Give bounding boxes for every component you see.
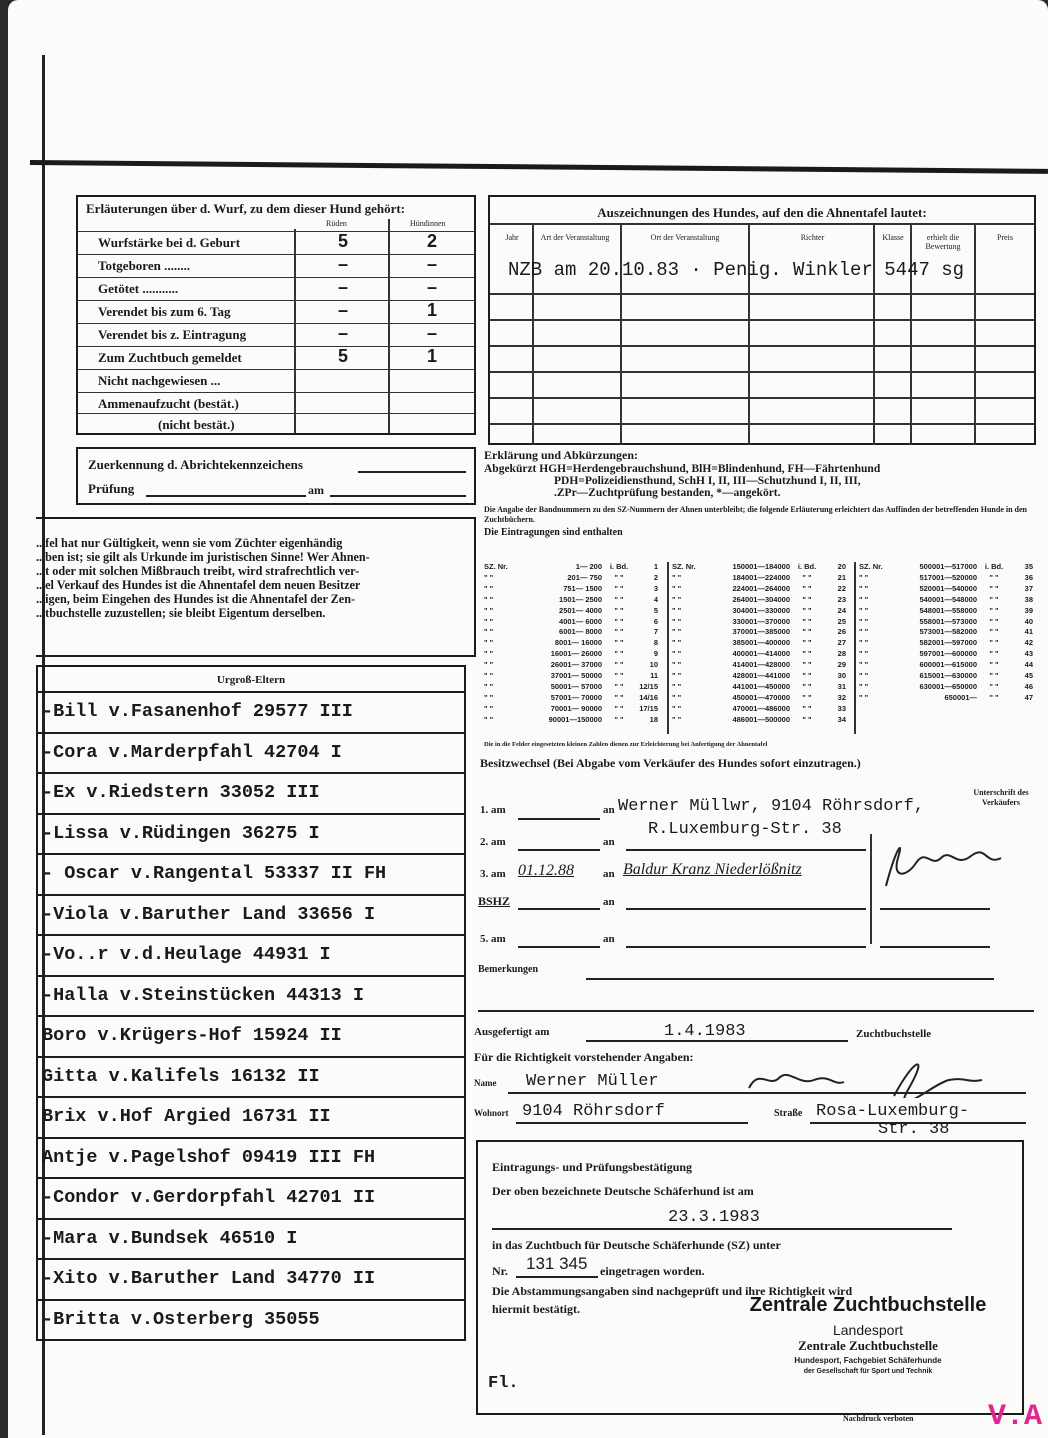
cert-line: hiermit bestätigt. xyxy=(492,1302,580,1317)
owner-row-2-line xyxy=(626,849,866,851)
owner-row-4-date-line xyxy=(518,908,600,910)
document-page: Erläuterungen über d. Wurf, zu dem diese… xyxy=(8,0,1048,1438)
ranges-col-2: SZ. Nr.150001—184000i. Bd.20" "184001—22… xyxy=(672,562,852,726)
owner-row-5-date-line xyxy=(518,946,600,948)
range-row: " "573001—582000" "41 xyxy=(859,627,1039,638)
ancestor-row: -Xito v.Baruther Land 34770 II xyxy=(36,1260,466,1301)
ancestor-row: - Oscar v.Rangental 53337 II FH xyxy=(36,855,466,896)
cert-date-line xyxy=(492,1228,952,1230)
litter-row: Ammenaufzucht (bestät.) xyxy=(78,392,474,415)
range-row: " "650001—" "47 xyxy=(859,693,1039,704)
registration-certification: Eintragungs- und Prüfungsbestätigung Der… xyxy=(476,1140,1024,1415)
owner-row-2-an: an xyxy=(603,836,615,848)
range-row: " "2501— 4000" "5 xyxy=(484,606,664,617)
street-value: Rosa-Luxemburg- xyxy=(816,1102,969,1121)
owner-row-5-sig-line xyxy=(880,946,990,948)
awards-entry: NZB am 20.10.83 · Penig. Winkler 5447 sg xyxy=(508,259,964,281)
range-row: " "400001—414000" "28 xyxy=(672,649,852,660)
awards-divider xyxy=(532,223,534,445)
owner-row-2-date-line xyxy=(518,849,600,851)
stamp-text: Landesport xyxy=(718,1322,1018,1338)
range-row: SZ. Nr.1— 200i. Bd.1 xyxy=(484,562,664,573)
awards-col-event-type: Art der Veranstaltung xyxy=(530,233,620,242)
awards-divider xyxy=(620,223,622,445)
ancestor-row: Antje v.Pagelshof 09419 III FH xyxy=(36,1139,466,1180)
litter-col-female: Hündinnen xyxy=(410,219,446,228)
name-value: Werner Müller xyxy=(526,1072,659,1091)
cert-initials: Fl. xyxy=(488,1374,519,1393)
owner-row-4-an: an xyxy=(603,896,615,908)
cert-nr-label: Nr. xyxy=(492,1264,508,1279)
training-recognition-box: Zuerkennung d. Abrichtekennzeichens Prüf… xyxy=(76,447,476,505)
range-row: " "50001— 57000" "12/15 xyxy=(484,682,664,693)
cert-nr-line xyxy=(516,1276,598,1278)
ancestor-row: Brix v.Hof Argied 16731 II xyxy=(36,1098,466,1139)
remarks-label: Bemerkungen xyxy=(478,964,538,975)
owner-row-1-value-2: R.Luxemburg-Str. 38 xyxy=(648,820,842,839)
range-row: " "385001—400000" "27 xyxy=(672,638,852,649)
issued-label: Ausgefertigt am xyxy=(474,1026,549,1038)
range-row: " "520001—540000" "37 xyxy=(859,584,1039,595)
owner-row-5-line xyxy=(626,946,866,948)
cert-line: in das Zuchtbuch für Deutsche Schäferhun… xyxy=(492,1238,781,1253)
stamp-text: Hundesport, Fachgebiet Schäferhunde xyxy=(718,1356,1018,1365)
footer-note: Nachdruck verboten xyxy=(843,1414,913,1423)
street-value-2: Str. 38 xyxy=(878,1120,949,1139)
owner-row-2-label: 2. am xyxy=(480,836,506,848)
ancestor-row: -Ex v.Riedstern 33052 III xyxy=(36,774,466,815)
sz-volume-ranges: SZ. Nr.1— 200i. Bd.1" "201— 750" "2" "75… xyxy=(484,562,1039,737)
range-row: " "428001—441000" "30 xyxy=(672,671,852,682)
ownership-title: Besitzwechsel (Bei Abgabe vom Verkäufer … xyxy=(480,756,861,771)
name-label: Name xyxy=(474,1078,497,1088)
cert-date: 23.3.1983 xyxy=(668,1208,760,1227)
ownership-bottom-rule xyxy=(478,1010,1034,1012)
exam-date-line xyxy=(330,495,466,497)
validity-line: ...igen, beim Eingehen des Hundes ist di… xyxy=(36,592,370,606)
range-row: " "370001—385000" "26 xyxy=(672,627,852,638)
ancestors-header: Urgroß-Eltern xyxy=(36,665,466,693)
recognition-label: Zuerkennung d. Abrichtekennzeichens xyxy=(88,457,303,473)
exam-label: Prüfung xyxy=(88,481,134,497)
validity-line: ...tbuchstelle zuzustellen; sie bleibt E… xyxy=(36,606,370,620)
awards-rule xyxy=(490,397,1034,399)
owner-row-5-label: 5. am xyxy=(480,933,506,945)
range-row: " "57001— 70000" "14/16 xyxy=(484,693,664,704)
owner-row-4-sig-line xyxy=(880,908,990,910)
legend-note: Die Angabe der Bandnummern zu den SZ-Num… xyxy=(484,505,1039,524)
litter-row: Getötet ...........–– xyxy=(78,277,474,300)
owner-row-1-an: an xyxy=(603,804,615,816)
range-row: " "1501— 2500" "4 xyxy=(484,595,664,606)
litter-row: Wurfstärke bei d. Geburt52 xyxy=(78,231,474,254)
awards-col-rating: erhielt die Bewertung xyxy=(911,233,975,251)
recognition-line xyxy=(358,471,466,473)
ancestor-row: Boro v.Krügers-Hof 15924 II xyxy=(36,1017,466,1058)
range-row: " "90001—150000" "18 xyxy=(484,715,664,726)
awards-divider xyxy=(748,223,750,445)
range-row: " "4001— 6000" "6 xyxy=(484,617,664,628)
litter-row: (nicht bestät.) xyxy=(78,413,474,436)
ranges-divider xyxy=(854,562,856,734)
awards-divider xyxy=(910,223,912,445)
range-row: " "600001—615000" "44 xyxy=(859,660,1039,671)
range-row: " "414001—428000" "29 xyxy=(672,660,852,671)
stamp-text: Zentrale Zuchtbuchstelle xyxy=(718,1338,1018,1354)
range-row: SZ. Nr.150001—184000i. Bd.20 xyxy=(672,562,852,573)
litter-row: Verendet bis z. Eintragung–– xyxy=(78,323,474,346)
range-row: " "201— 750" "2 xyxy=(484,573,664,584)
awards-col-year: Jahr xyxy=(494,233,530,242)
remarks-line xyxy=(586,978,994,980)
stamp-text: der Gesellschaft für Sport und Technik xyxy=(718,1368,1018,1375)
range-row: " "8001— 16000" "8 xyxy=(484,638,664,649)
awards-rule xyxy=(490,345,1034,347)
validity-line: ...el Verkauf des Hundes ist die Ahnenta… xyxy=(36,578,370,592)
top-rule xyxy=(30,160,1048,174)
litter-row: Verendet bis zum 6. Tag–1 xyxy=(78,300,474,323)
range-row: " "264001—304000" "23 xyxy=(672,595,852,606)
awards-rule xyxy=(490,223,1034,225)
ancestor-row: -Viola v.Baruther Land 33656 I xyxy=(36,896,466,937)
owner-row-5-an: an xyxy=(603,933,615,945)
owner-row-3-date: 01.12.88 xyxy=(518,862,574,880)
range-row: " "224001—264000" "22 xyxy=(672,584,852,595)
residence-line xyxy=(516,1122,748,1124)
owner-row-1-date-line xyxy=(518,818,600,820)
ancestor-row: -Halla v.Steinstücken 44313 I xyxy=(36,977,466,1018)
range-row: " "441001—450000" "31 xyxy=(672,682,852,693)
range-row: " "540001—548000" "38 xyxy=(859,595,1039,606)
range-row: " "558001—573000" "40 xyxy=(859,617,1039,628)
range-row: " "630001—650000" "46 xyxy=(859,682,1039,693)
validity-text: ...fel hat nur Gültigkeit, wenn sie vom … xyxy=(36,536,370,620)
cert-nr-suffix: eingetragen worden. xyxy=(600,1264,705,1279)
awards-rule xyxy=(490,371,1034,373)
abbreviations-legend: Erklärung und Abkürzungen: Abgekürzt HGH… xyxy=(484,448,1039,538)
cert-line: Der oben bezeichnete Deutsche Schäferhun… xyxy=(492,1184,754,1199)
cert-title: Eintragungs- und Prüfungsbestätigung xyxy=(492,1160,692,1175)
range-row: SZ. Nr.500001—517000i. Bd.35 xyxy=(859,562,1039,573)
ancestor-row: -Britta v.Osterberg 35055 xyxy=(36,1301,466,1342)
range-row: " "615001—630000" "45 xyxy=(859,671,1039,682)
range-row: " "37001— 50000" "11 xyxy=(484,671,664,682)
exam-am-label: am xyxy=(308,483,324,498)
issued-date: 1.4.1983 xyxy=(664,1022,746,1041)
owner-row-4-line xyxy=(626,908,866,910)
correctness-label: Für die Richtigkeit vorstehender Angaben… xyxy=(474,1050,694,1065)
owner-row-4-stamp: BSHZ xyxy=(478,894,510,909)
awards-title: Auszeichnungen des Hundes, auf den die A… xyxy=(490,205,1034,221)
owner-row-3-an: an xyxy=(603,868,615,880)
ancestor-row: -Cora v.Marderpfahl 42704 I xyxy=(36,734,466,775)
ancestor-row: -Vo..r v.d.Heulage 44931 I xyxy=(36,936,466,977)
ancestor-row: -Bill v.Fasanenhof 29577 III xyxy=(36,693,466,734)
validity-line: ...ben ist; sie gilt als Urkunde im juri… xyxy=(36,550,370,564)
range-row: " "470001—486000" "33 xyxy=(672,704,852,715)
awards-col-judge: Richter xyxy=(750,233,875,242)
awards-col-event-place: Ort der Veranstaltung xyxy=(620,233,750,242)
range-row: " "330001—370000" "25 xyxy=(672,617,852,628)
awards-col-prize: Preis xyxy=(975,233,1035,242)
validity-line: ...fel hat nur Gültigkeit, wenn sie vom … xyxy=(36,536,370,550)
range-row: " "751— 1500" "3 xyxy=(484,584,664,595)
validity-notice: ...fel hat nur Gültigkeit, wenn sie vom … xyxy=(36,517,476,657)
awards-rule xyxy=(490,423,1034,425)
range-row: " "6001— 8000" "7 xyxy=(484,627,664,638)
residence-label: Wohnort xyxy=(474,1108,509,1118)
cert-nr: 131 345 xyxy=(526,1254,587,1274)
stamp-text: Zentrale Zuchtbuchstelle xyxy=(718,1294,1018,1317)
litter-table: Erläuterungen über d. Wurf, zu dem diese… xyxy=(76,195,476,435)
ranges-footnote: Die in die Felder eingesetzten kleinen Z… xyxy=(484,741,767,748)
owner-row-1-label: 1. am xyxy=(480,804,506,816)
owner-row-3-value: Baldur Kranz Niederlößnitz xyxy=(623,861,802,879)
awards-divider xyxy=(873,223,875,445)
awards-table: Auszeichnungen des Hundes, auf den die A… xyxy=(488,195,1036,445)
awards-col-class: Klasse xyxy=(875,233,911,242)
range-row: " "486001—500000" "34 xyxy=(672,715,852,726)
awards-rule xyxy=(490,293,1034,295)
range-row: " "517001—520000" "36 xyxy=(859,573,1039,584)
range-row: " "582001—597000" "42 xyxy=(859,638,1039,649)
ancestor-row: Gitta v.Kalifels 16132 II xyxy=(36,1058,466,1099)
awards-rule xyxy=(490,319,1034,321)
range-row: " "548001—558000" "39 xyxy=(859,606,1039,617)
ranges-title: Die Eintragungen sind enthalten xyxy=(484,527,1039,538)
range-row: " "450001—470000" "32 xyxy=(672,693,852,704)
range-row: " "597001—600000" "43 xyxy=(859,649,1039,660)
litter-col-male: Rüden xyxy=(326,219,347,228)
issued-office: Zuchtbuchstelle xyxy=(856,1028,931,1040)
range-row: " "70001— 90000" "17/15 xyxy=(484,704,664,715)
ownership-sig-header: Unterschrift des Verkäufers xyxy=(966,788,1036,807)
owner-row-3-label: 3. am xyxy=(480,868,506,880)
ancestor-row: -Lissa v.Rüdingen 36275 I xyxy=(36,815,466,856)
ranges-divider xyxy=(667,562,669,734)
breeder-signature xyxy=(744,1058,984,1098)
street-label: Straße xyxy=(774,1108,802,1119)
range-row: " "26001— 37000" "10 xyxy=(484,660,664,671)
exam-line xyxy=(146,495,306,497)
legend-line: Abgekürzt HGH=Herdengebrauchshund, BlH=B… xyxy=(484,463,1039,475)
residence-value: 9104 Röhrsdorf xyxy=(522,1102,665,1121)
range-row: " "16001— 26000" "9 xyxy=(484,649,664,660)
litter-row: Totgeboren ........–– xyxy=(78,254,474,277)
issued-section: Ausgefertigt am 1.4.1983 Zuchtbuchstelle… xyxy=(474,1020,1034,1135)
watermark: V.A xyxy=(988,1400,1042,1434)
ancestor-row: -Mara v.Bundsek 46510 I xyxy=(36,1220,466,1261)
validity-line: ...t oder mit solchen Mißbrauch treibt, … xyxy=(36,564,370,578)
litter-row: Zum Zuchtbuch gemeldet51 xyxy=(78,346,474,369)
ranges-col-1: SZ. Nr.1— 200i. Bd.1" "201— 750" "2" "75… xyxy=(484,562,664,726)
owner-row-1-value: Werner Müllwr, 9104 Röhrsdorf, xyxy=(618,797,924,816)
litter-title: Erläuterungen über d. Wurf, zu dem diese… xyxy=(86,201,405,217)
ancestor-row: -Condor v.Gerdorpfahl 42701 II xyxy=(36,1179,466,1220)
ownership-divider xyxy=(870,834,872,944)
legend-line: .ZPr—Zuchtprüfung bestanden, *—angekört. xyxy=(484,487,1039,499)
awards-divider xyxy=(974,223,976,445)
range-row: " "304001—330000" "24 xyxy=(672,606,852,617)
great-grandparents-table: Urgroß-Eltern -Bill v.Fasanenhof 29577 I… xyxy=(36,665,466,1341)
litter-row: Nicht nachgewiesen ... xyxy=(78,369,474,392)
range-row: " "184001—224000" "21 xyxy=(672,573,852,584)
ownership-changes: Besitzwechsel (Bei Abgabe vom Verkäufer … xyxy=(478,748,1038,998)
legend-line: PDH=Polizeidiensthund, SchH I, II, III—S… xyxy=(484,475,1039,487)
seller-signature xyxy=(876,838,1006,888)
legend-title: Erklärung und Abkürzungen: xyxy=(484,448,1039,463)
ranges-col-3: SZ. Nr.500001—517000i. Bd.35" "517001—52… xyxy=(859,562,1039,704)
